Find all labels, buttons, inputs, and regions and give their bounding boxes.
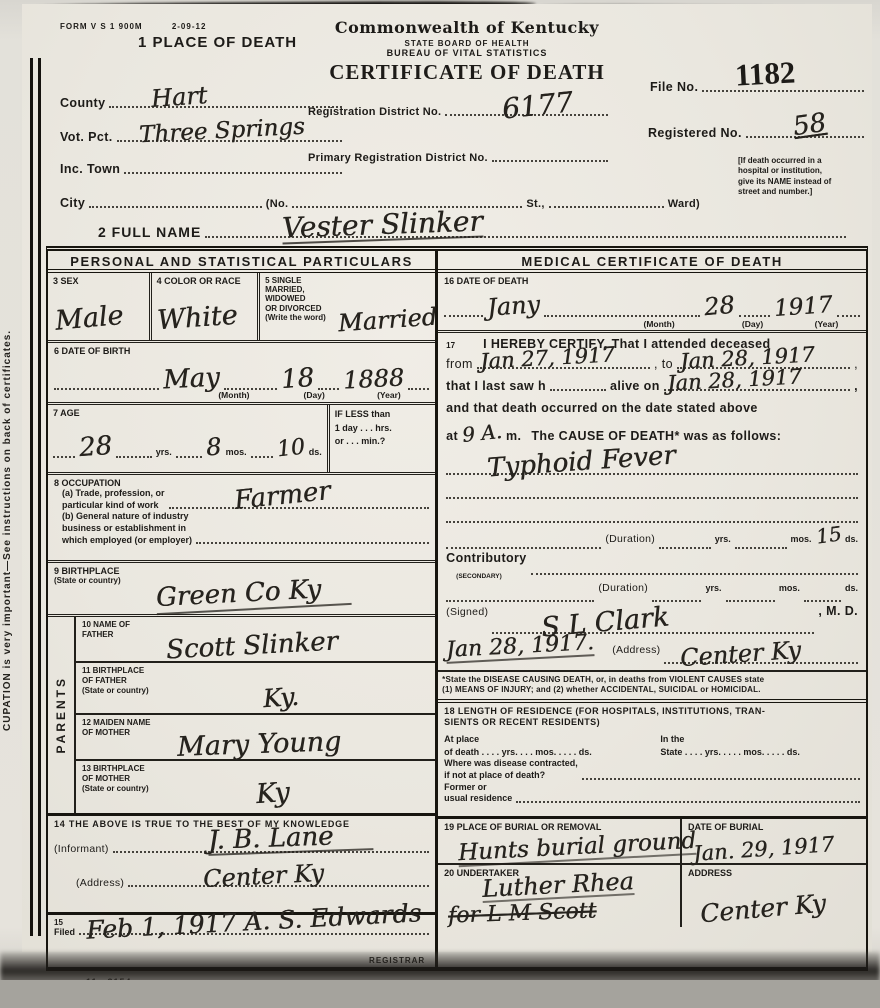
sex-race-marital-row: 3 SEX Male 4 COLOR OR RACE White 5 SINGL…: [48, 273, 435, 343]
last-saw-fill: Jan 28, 1917: [664, 389, 850, 391]
inc-town-fill: [124, 172, 342, 174]
bureau-line: BUREAU OF VITAL STATISTICS: [302, 48, 632, 58]
age-fill-1: [116, 456, 151, 458]
informant-fill: J. B. Lane: [113, 851, 430, 853]
county-fill: Hart: [109, 106, 342, 108]
primary-registration-row: Primary Registration District No.: [308, 152, 608, 164]
dob-label: 6 DATE OF BIRTH: [54, 346, 429, 356]
marital-value: Married: [337, 305, 438, 336]
personal-column: PERSONAL AND STATISTICAL PARTICULARS 3 S…: [48, 251, 438, 967]
date-of-death-row: 16 DATE OF DEATH Jany 28 1917 (Month) (D…: [438, 273, 866, 333]
ward-label: Ward): [668, 198, 700, 210]
duration2-ds-label: ds.: [845, 583, 858, 593]
parents-block: PARENTS 10 NAME OF FATHER Scott Slinker …: [48, 617, 435, 813]
duration-fill-1: [659, 547, 711, 549]
age-label: 7 AGE: [53, 408, 322, 418]
race-value: White: [156, 301, 253, 335]
certificate-header: FORM V S 1 900M 2-09-12 1 PLACE OF DEATH…: [46, 10, 868, 246]
contracted-fill: [582, 778, 860, 780]
undertaker-row: 20 UNDERTAKER Luther Rhea for L M Scott …: [438, 865, 866, 927]
parents-rows: 10 NAME OF FATHER Scott Slinker 11 BIRTH…: [74, 617, 435, 813]
dob-year-value: 1888: [342, 365, 404, 392]
dod-month-value: Jany: [486, 292, 540, 320]
certify-comma-1: ,: [854, 357, 858, 371]
age-ds-value: 10: [276, 437, 306, 462]
duration-ds-label: ds.: [845, 534, 858, 544]
dob-day-value: 18: [280, 365, 315, 393]
duration-fill-2: [735, 547, 787, 549]
side-margin-note: CUPATION is very important—See instructi…: [2, 210, 22, 850]
registration-district-row: Registration District No. 6177: [308, 106, 608, 118]
file-no-value: 1182: [734, 54, 796, 93]
duration2-fill-3: [804, 600, 841, 602]
birthplace-row: 9 BIRTHPLACE (State or country) Green Co…: [48, 563, 435, 617]
dob-month-sublabel: (Month): [218, 390, 249, 400]
age-yrs-label: yrs.: [156, 447, 172, 457]
county-value: Hart: [151, 83, 209, 111]
hospital-instruction-note: [If death occurred in a hospital or inst…: [738, 156, 868, 198]
sex-label: 3 SEX: [53, 276, 144, 286]
cause-footnote: *State the DISEASE CAUSING DEATH, or, in…: [438, 672, 866, 703]
city-label: City: [60, 196, 85, 210]
certification-block: 17 I HEREBY CERTIFY, That I attended dec…: [438, 333, 866, 672]
burial-row: 19 PLACE OF BURIAL OR REMOVAL Hunts buri…: [438, 819, 866, 865]
m-label: m.: [506, 429, 521, 443]
full-name-value: Vester Slinker: [282, 208, 484, 245]
sex-cell: 3 SEX Male: [48, 273, 149, 340]
occurred-statement: and that death occurred on the date stat…: [446, 401, 858, 415]
occupation-b-label: (b) General nature of industry business …: [62, 511, 192, 546]
certificate-title: CERTIFICATE OF DEATH: [302, 60, 632, 85]
state-board-line: STATE BOARD OF HEALTH: [302, 39, 632, 48]
inc-town-label: Inc. Town: [60, 162, 120, 176]
last-saw-label: that I last saw h: [446, 379, 546, 393]
duration-fill-0: [446, 547, 601, 549]
cause-fill-2: [446, 497, 858, 499]
signed-label: (Signed): [446, 606, 488, 618]
dod-fill-3: [837, 315, 860, 317]
left-double-rule: [30, 58, 41, 936]
signed-address-label: (Address): [612, 644, 660, 656]
former-residence-label: Former or usual residence: [444, 782, 512, 805]
mother-name-value: Mary Young: [176, 728, 341, 761]
footnote-line-2: (1) MEANS OF INJURY; and (2) whether ACC…: [442, 685, 862, 695]
form-revision: 2-09-12: [172, 22, 207, 31]
father-name-value: Scott Slinker: [165, 629, 338, 664]
undertaker-cell: 20 UNDERTAKER Luther Rhea for L M Scott: [438, 865, 682, 927]
duration2-label: (Duration): [598, 582, 648, 594]
father-birthplace-label: 11 BIRTHPLACE OF FATHER (State or countr…: [82, 666, 429, 696]
medical-section-title: MEDICAL CERTIFICATE OF DEATH: [438, 251, 866, 273]
dob-month-value: May: [163, 365, 221, 394]
form-number: FORM V S 1 900M 2-09-12: [60, 22, 206, 31]
in-state-label: In the State . . . . yrs. . . . . mos. .…: [660, 733, 860, 758]
occupation-b-fill: [196, 542, 429, 544]
contributory-fill: [531, 573, 858, 575]
form-number-text: FORM V S 1 900M: [60, 22, 143, 31]
certify-from-label: from: [446, 357, 473, 371]
certificate-body: FORM V S 1 900M 2-09-12 1 PLACE OF DEATH…: [46, 10, 868, 987]
cause-of-death-value: Typhoid Fever: [487, 442, 677, 481]
dod-fill-0: [444, 315, 483, 317]
age-fill-2: [176, 456, 203, 458]
duration2-mos-label: mos.: [779, 583, 800, 593]
at-place-label: At place of death . . . . yrs. . . . mos…: [444, 733, 660, 758]
signed-date-value: Jan 28, 1917.: [446, 632, 595, 664]
main-table: PERSONAL AND STATISTICAL PARTICULARS 3 S…: [46, 246, 868, 971]
occupation-a-label: (a) Trade, profession, or particular kin…: [62, 488, 165, 511]
father-birthplace-row: 11 BIRTHPLACE OF FATHER (State or countr…: [76, 663, 435, 715]
dod-month-sublabel: (Month): [644, 319, 675, 329]
informant-address-fill: Center Ky: [128, 885, 429, 887]
cause-fill-1: Typhoid Fever: [446, 473, 858, 475]
informant-address-label: (Address): [76, 877, 124, 889]
street-fill: [549, 206, 664, 208]
dod-day-sublabel: (Day): [742, 319, 763, 329]
medical-column: MEDICAL CERTIFICATE OF DEATH 16 DATE OF …: [438, 251, 866, 967]
cause-fill-3: [446, 521, 858, 523]
personal-section-title: PERSONAL AND STATISTICAL PARTICULARS: [48, 251, 435, 273]
burial-date-cell: DATE OF BURIAL Jan. 29, 1917: [682, 819, 866, 863]
death-time-value: 9 A.: [461, 421, 503, 445]
contracted-label: Where was disease contracted, if not at …: [444, 758, 578, 781]
duration2-fill-2: [726, 600, 775, 602]
inc-town-row: Inc. Town: [60, 162, 342, 176]
duration-yrs-label: yrs.: [715, 534, 731, 544]
if-less-box: IF LESS than 1 day . . . hrs. or . . . m…: [327, 405, 435, 472]
residence-block: 18 LENGTH OF RESIDENCE (FOR HOSPITALS, I…: [438, 703, 866, 819]
filed-label: Filed: [54, 927, 75, 937]
dob-fill-4: [408, 388, 429, 390]
burial-date-label: DATE OF BURIAL: [688, 822, 860, 832]
race-cell: 4 COLOR OR RACE White: [149, 273, 257, 340]
age-mos-label: mos.: [226, 447, 247, 457]
registration-district-fill: 6177: [445, 114, 608, 116]
certify-from-value: Jan 27, 1917: [480, 344, 616, 372]
informant-address-value: Center Ky: [203, 861, 325, 891]
signed-address-fill: Center Ky: [664, 662, 858, 664]
father-birthplace-value: Ky.: [262, 684, 299, 711]
undertaker-address-cell: ADDRESS Center Ky: [682, 865, 866, 927]
vot-pct-value: Three Springs: [139, 116, 306, 148]
full-name-label: 2 FULL NAME: [98, 224, 201, 240]
duration-ds-value: 15: [814, 523, 842, 546]
mother-birthplace-value: Ky: [255, 779, 291, 808]
alive-on-label: alive on: [610, 379, 660, 393]
street-no-label: (No.: [266, 198, 289, 210]
burial-date-value: Jan. 29, 1917: [693, 834, 835, 865]
age-fill-0: [53, 456, 75, 458]
duration-label: (Duration): [605, 533, 655, 545]
dod-day-value: 28: [703, 293, 736, 320]
certify-item-number: 17: [446, 341, 455, 350]
informant-value: J. B. Lane: [207, 822, 373, 856]
at-label: at: [446, 429, 458, 443]
registration-district-value: 6177: [501, 88, 575, 123]
county-row: County Hart: [60, 96, 342, 110]
burial-place-value: Hunts burial ground: [457, 830, 696, 867]
vot-pct-label: Vot. Pct.: [60, 130, 113, 144]
scanned-death-certificate: CUPATION is very important—See instructi…: [0, 0, 880, 1008]
marital-cell: 5 SINGLE MARRIED, WIDOWED OR DIVORCED (W…: [257, 273, 435, 340]
age-row: 7 AGE 28 yrs. 8 mos. 10 ds.: [48, 405, 435, 475]
footnote-line-1: *State the DISEASE CAUSING DEATH, or, in…: [442, 675, 862, 685]
parents-tab: PARENTS: [48, 617, 74, 813]
sex-value: Male: [54, 300, 145, 335]
state-heading-block: Commonwealth of Kentucky STATE BOARD OF …: [302, 18, 632, 85]
file-no-row: File No. 1182: [650, 80, 864, 94]
file-no-fill: 1182: [702, 90, 864, 92]
informant-label: (Informant): [54, 843, 109, 855]
race-label: 4 COLOR OR RACE: [157, 276, 252, 286]
county-label: County: [60, 96, 105, 110]
primary-registration-fill: [492, 160, 608, 162]
dod-fill-2: [739, 315, 770, 317]
age-yrs-value: 28: [78, 433, 113, 461]
certify-comma-2: ,: [854, 379, 858, 393]
occupation-a-value: Farmer: [233, 478, 332, 514]
mother-name-row: 12 MAIDEN NAME OF MOTHER Mary Young: [76, 715, 435, 761]
registered-no-label: Registered No.: [648, 126, 742, 140]
certify-from-fill: Jan 27, 1917: [477, 367, 650, 369]
signed-address-value: Center Ky: [679, 638, 801, 670]
file-no-label: File No.: [650, 80, 698, 94]
birthplace-value: Green Co Ky: [156, 575, 353, 615]
contributory-label: Contributory: [446, 551, 526, 565]
dob-fill-1: [54, 388, 159, 390]
age-ds-label: ds.: [309, 447, 322, 457]
vot-pct-row: Vot. Pct. Three Springs: [60, 130, 342, 144]
dod-label: 16 DATE OF DEATH: [444, 276, 860, 286]
last-saw-fill-0: [550, 389, 606, 391]
undertaker-secondary-value: for L M Scott: [448, 900, 597, 927]
dob-year-sublabel: (Year): [377, 390, 401, 400]
dob-day-sublabel: (Day): [304, 390, 325, 400]
registered-no-row: Registered No. 58: [648, 126, 864, 140]
age-fill-3: [251, 456, 273, 458]
undertaker-name-value: Luther Rhea: [481, 869, 634, 903]
residence-label: 18 LENGTH OF RESIDENCE (FOR HOSPITALS, I…: [444, 706, 860, 729]
street-label: St.,: [526, 198, 544, 210]
former-residence-fill: [516, 801, 860, 803]
date-of-birth-row: 6 DATE OF BIRTH May 18 1888 (Month) (Day…: [48, 343, 435, 405]
parents-label: PARENTS: [54, 676, 68, 753]
father-name-row: 10 NAME OF FATHER Scott Slinker: [76, 617, 435, 663]
vot-pct-fill: Three Springs: [117, 140, 342, 142]
age-mos-value: 8: [205, 434, 222, 459]
undertaker-address-label: ADDRESS: [688, 868, 860, 878]
mother-birthplace-row: 13 BIRTHPLACE OF MOTHER (State or countr…: [76, 761, 435, 813]
dod-year-value: 1917: [773, 294, 833, 321]
occupation-a-fill: Farmer: [169, 507, 430, 509]
birthplace-label: 9 BIRTHPLACE: [54, 566, 429, 576]
md-label: , M. D.: [818, 604, 858, 618]
dod-year-sublabel: (Year): [815, 319, 839, 329]
full-name-fill: Vester Slinker: [205, 236, 846, 238]
filed-fill: Feb 1, 1917 A. S. Edwards: [79, 933, 429, 935]
certify-to-label: , to: [654, 357, 673, 371]
scan-bottom-edge: [0, 980, 880, 1008]
last-saw-value: Jan 28, 1917: [667, 366, 803, 394]
commonwealth-title: Commonwealth of Kentucky: [302, 18, 632, 37]
occupation-row: 8 OCCUPATION (a) Trade, profession, or p…: [48, 475, 435, 563]
full-name-row: 2 FULL NAME Vester Slinker: [98, 224, 846, 240]
duration2-fill-0: [446, 600, 594, 602]
dod-fill-1: [544, 315, 700, 317]
duration-mos-label: mos.: [791, 534, 812, 544]
registered-no-fill: 58: [746, 136, 864, 138]
registered-no-value: 58: [791, 110, 827, 140]
burial-place-cell: 19 PLACE OF BURIAL OR REMOVAL Hunts buri…: [438, 819, 682, 863]
undertaker-address-value: Center Ky: [700, 890, 828, 926]
duration2-yrs-label: yrs.: [705, 583, 721, 593]
age-cell: 7 AGE 28 yrs. 8 mos. 10 ds.: [48, 405, 327, 472]
city-fill: [89, 206, 262, 208]
place-of-death-heading: 1 PLACE OF DEATH: [138, 34, 297, 51]
